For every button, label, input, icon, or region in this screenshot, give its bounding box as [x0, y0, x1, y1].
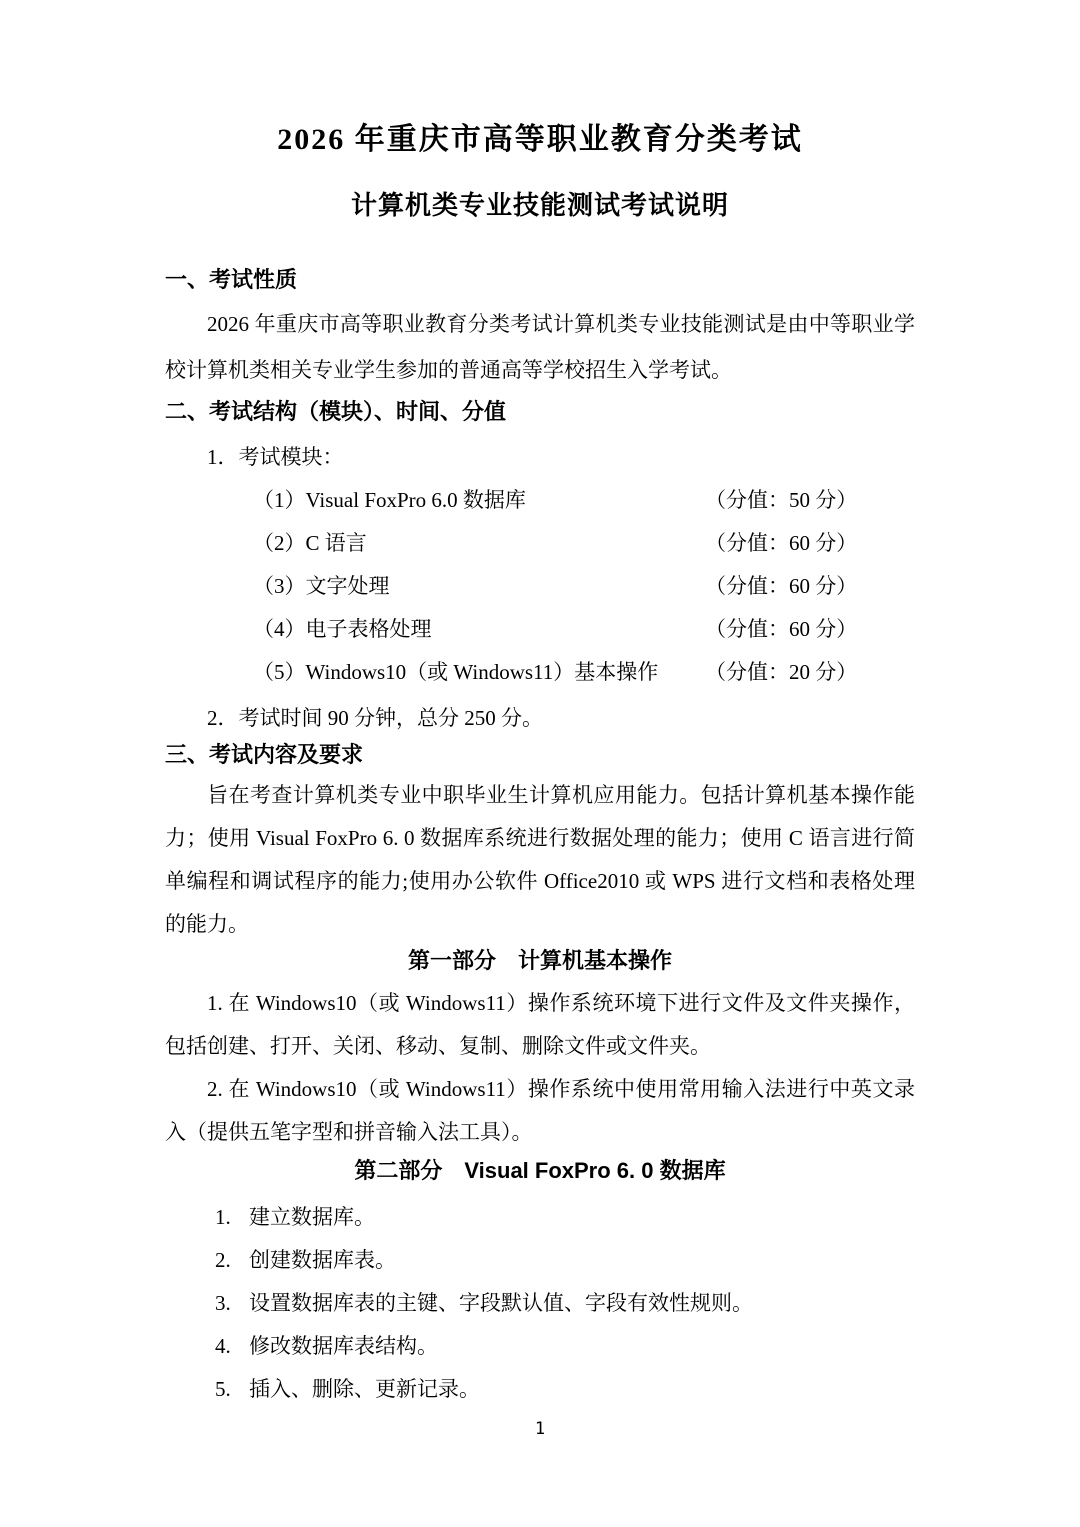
list-item-number: 3.	[215, 1282, 249, 1325]
part1-paragraph: 2. 在 Windows10（或 Windows11）操作系统中使用常用输入法进…	[165, 1068, 915, 1154]
list-item-number: 1.	[215, 1196, 249, 1239]
list-item-number: 5.	[215, 1368, 249, 1411]
module-score: （分值：60 分）	[705, 608, 857, 651]
module-score: （分值：60 分）	[705, 522, 857, 565]
list-item-number: 2.	[215, 1239, 249, 1282]
list-item-text: 插入、删除、更新记录。	[249, 1377, 480, 1401]
list-item-text: 建立数据库。	[249, 1205, 375, 1229]
document-subtitle: 计算机类专业技能测试考试说明	[165, 190, 915, 221]
module-row: （2）C 语言 （分值：60 分）	[165, 522, 915, 565]
list-item: 4.修改数据库表结构。	[165, 1325, 915, 1368]
module-row: （5）Windows10（或 Windows11）基本操作 （分值：20 分）	[165, 651, 915, 694]
page-number: 1	[165, 1419, 915, 1439]
list-item-text: 设置数据库表的主键、字段默认值、字段有效性规则。	[249, 1291, 753, 1315]
module-score: （分值：20 分）	[705, 651, 857, 694]
module-label: （4）电子表格处理	[253, 617, 432, 641]
exam-content-paragraph: 旨在考查计算机类专业中职毕业生计算机应用能力。包括计算机基本操作能力；使用 Vi…	[165, 774, 915, 946]
exam-duration-line: 2．考试时间 90 分钟，总分 250 分。	[165, 696, 915, 740]
foxpro-skill-list: 1.建立数据库。 2.创建数据库表。 3.设置数据库表的主键、字段默认值、字段有…	[165, 1196, 915, 1411]
module-row: （3）文字处理 （分值：60 分）	[165, 565, 915, 608]
module-score: （分值：60 分）	[705, 565, 857, 608]
module-row: （1）Visual FoxPro 6.0 数据库 （分值：50 分）	[165, 479, 915, 522]
list-item-text: 创建数据库表。	[249, 1248, 396, 1272]
list-item-number: 4.	[215, 1325, 249, 1368]
part1-paragraph: 1. 在 Windows10（或 Windows11）操作系统环境下进行文件及文…	[165, 982, 915, 1068]
module-label: （1）Visual FoxPro 6.0 数据库	[253, 488, 526, 512]
module-list: （1）Visual FoxPro 6.0 数据库 （分值：50 分） （2）C …	[165, 479, 915, 694]
section-heading-exam-nature: 一、考试性质	[165, 267, 915, 293]
module-label: （5）Windows10（或 Windows11）基本操作	[253, 660, 658, 684]
module-label: （3）文字处理	[253, 574, 390, 598]
part-heading-foxpro: 第二部分 Visual FoxPro 6. 0 数据库	[165, 1158, 915, 1184]
exam-modules-label: 1．考试模块：	[165, 435, 915, 479]
document-content: 2026 年重庆市高等职业教育分类考试 计算机类专业技能测试考试说明 一、考试性…	[0, 0, 1080, 1439]
module-score: （分值：50 分）	[705, 479, 857, 522]
document-page: 2026 年重庆市高等职业教育分类考试 计算机类专业技能测试考试说明 一、考试性…	[0, 0, 1080, 1527]
list-item-text: 修改数据库表结构。	[249, 1334, 438, 1358]
list-item: 2.创建数据库表。	[165, 1239, 915, 1282]
list-item: 5.插入、删除、更新记录。	[165, 1368, 915, 1411]
section-heading-exam-content: 三、考试内容及要求	[165, 742, 915, 768]
section-heading-exam-structure: 二、考试结构（模块）、时间、分值	[165, 399, 915, 425]
exam-nature-paragraph: 2026 年重庆市高等职业教育分类考试计算机类专业技能测试是由中等职业学校计算机…	[165, 301, 915, 393]
list-item: 1.建立数据库。	[165, 1196, 915, 1239]
part-heading-basic-operation: 第一部分 计算机基本操作	[165, 948, 915, 974]
document-title: 2026 年重庆市高等职业教育分类考试	[165, 0, 915, 158]
list-item: 3.设置数据库表的主键、字段默认值、字段有效性规则。	[165, 1282, 915, 1325]
module-row: （4）电子表格处理 （分值：60 分）	[165, 608, 915, 651]
module-label: （2）C 语言	[253, 531, 367, 555]
